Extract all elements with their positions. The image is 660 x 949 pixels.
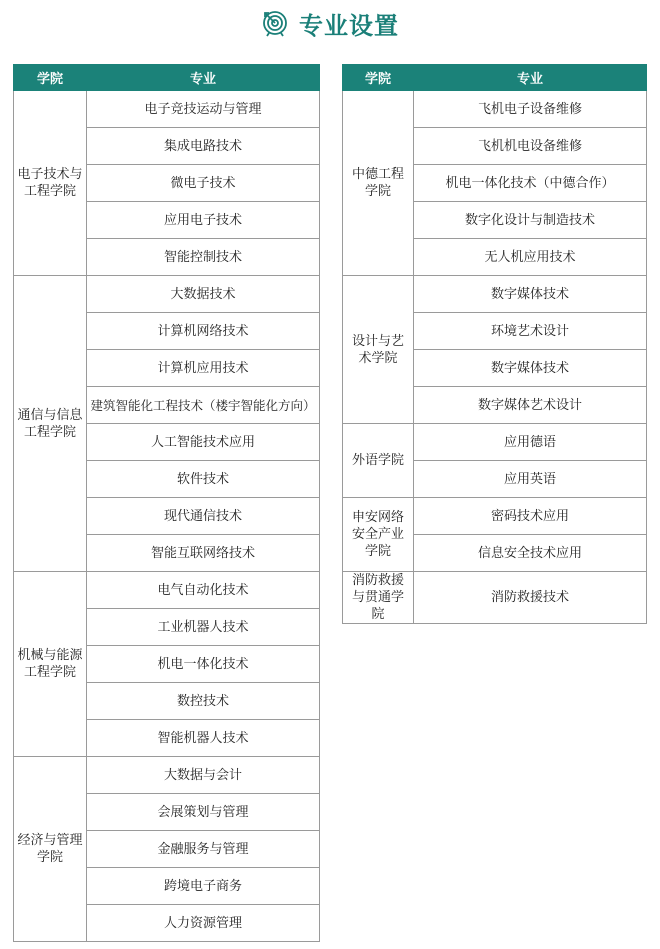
major-cell: 人力资源管理 bbox=[87, 905, 320, 942]
major-cell: 消防救援技术 bbox=[414, 572, 647, 624]
table-row: 经济与管理学院 大数据与会计 bbox=[14, 757, 320, 794]
major-cell: 数字媒体技术 bbox=[414, 350, 647, 387]
major-cell: 金融服务与管理 bbox=[87, 831, 320, 868]
major-cell: 计算机应用技术 bbox=[87, 350, 320, 387]
major-cell: 数字媒体技术 bbox=[414, 276, 647, 313]
major-cell: 应用德语 bbox=[414, 424, 647, 461]
major-cell: 大数据技术 bbox=[87, 276, 320, 313]
college-cell: 设计与艺术学院 bbox=[343, 276, 414, 424]
major-cell: 应用电子技术 bbox=[87, 202, 320, 239]
college-cell: 申安网络安全产业学院 bbox=[343, 498, 414, 572]
right-majors-table: 学院 专业 中德工程学院 飞机电子设备维修 飞机机电设备维修 机电一体化技术（中… bbox=[342, 64, 647, 624]
major-cell: 智能互联网络技术 bbox=[87, 535, 320, 572]
college-cell: 中德工程学院 bbox=[343, 91, 414, 276]
major-cell: 现代通信技术 bbox=[87, 498, 320, 535]
left-majors-table: 学院 专业 电子技术与工程学院 电子竞技运动与管理 集成电路技术 微电子技术 应… bbox=[13, 64, 320, 942]
college-cell: 外语学院 bbox=[343, 424, 414, 498]
major-cell: 跨境电子商务 bbox=[87, 868, 320, 905]
major-cell: 数字媒体艺术设计 bbox=[414, 387, 647, 424]
table-row: 机械与能源工程学院 电气自动化技术 bbox=[14, 572, 320, 609]
table-row: 申安网络安全产业学院 密码技术应用 bbox=[343, 498, 647, 535]
college-cell: 经济与管理学院 bbox=[14, 757, 87, 942]
header-college: 学院 bbox=[343, 65, 414, 91]
major-cell: 建筑智能化工程技术（楼宇智能化方向） bbox=[87, 387, 320, 424]
major-cell: 人工智能技术应用 bbox=[87, 424, 320, 461]
major-cell: 信息安全技术应用 bbox=[414, 535, 647, 572]
major-cell: 大数据与会计 bbox=[87, 757, 320, 794]
major-cell: 环境艺术设计 bbox=[414, 313, 647, 350]
table-row: 消防救援与贯通学院 消防救援技术 bbox=[343, 572, 647, 624]
title-text: 专业设置 bbox=[299, 6, 399, 41]
college-cell: 通信与信息工程学院 bbox=[14, 276, 87, 572]
major-cell: 密码技术应用 bbox=[414, 498, 647, 535]
major-cell: 电子竞技运动与管理 bbox=[87, 91, 320, 128]
table-header-row: 学院 专业 bbox=[343, 65, 647, 91]
target-dart-icon bbox=[261, 9, 289, 37]
college-cell: 消防救援与贯通学院 bbox=[343, 572, 414, 624]
table-row: 电子技术与工程学院 电子竞技运动与管理 bbox=[14, 91, 320, 128]
major-cell: 软件技术 bbox=[87, 461, 320, 498]
major-cell: 电气自动化技术 bbox=[87, 572, 320, 609]
college-cell: 电子技术与工程学院 bbox=[14, 91, 87, 276]
major-cell: 计算机网络技术 bbox=[87, 313, 320, 350]
major-cell: 会展策划与管理 bbox=[87, 794, 320, 831]
major-cell: 飞机机电设备维修 bbox=[414, 128, 647, 165]
major-cell: 数控技术 bbox=[87, 683, 320, 720]
table-header-row: 学院 专业 bbox=[14, 65, 320, 91]
major-cell: 无人机应用技术 bbox=[414, 239, 647, 276]
table-row: 设计与艺术学院 数字媒体技术 bbox=[343, 276, 647, 313]
major-cell: 微电子技术 bbox=[87, 165, 320, 202]
header-college: 学院 bbox=[14, 65, 87, 91]
major-cell: 工业机器人技术 bbox=[87, 609, 320, 646]
page-title: 专业设置 bbox=[0, 6, 660, 40]
major-cell: 机电一体化技术 bbox=[87, 646, 320, 683]
major-cell: 应用英语 bbox=[414, 461, 647, 498]
major-cell: 集成电路技术 bbox=[87, 128, 320, 165]
college-cell: 机械与能源工程学院 bbox=[14, 572, 87, 757]
major-cell: 智能机器人技术 bbox=[87, 720, 320, 757]
table-row: 外语学院 应用德语 bbox=[343, 424, 647, 461]
header-major: 专业 bbox=[87, 65, 320, 91]
table-row: 通信与信息工程学院 大数据技术 bbox=[14, 276, 320, 313]
table-row: 中德工程学院 飞机电子设备维修 bbox=[343, 91, 647, 128]
major-cell: 数字化设计与制造技术 bbox=[414, 202, 647, 239]
major-cell: 飞机电子设备维修 bbox=[414, 91, 647, 128]
major-cell: 智能控制技术 bbox=[87, 239, 320, 276]
major-cell: 机电一体化技术（中德合作） bbox=[414, 165, 647, 202]
header-major: 专业 bbox=[414, 65, 647, 91]
